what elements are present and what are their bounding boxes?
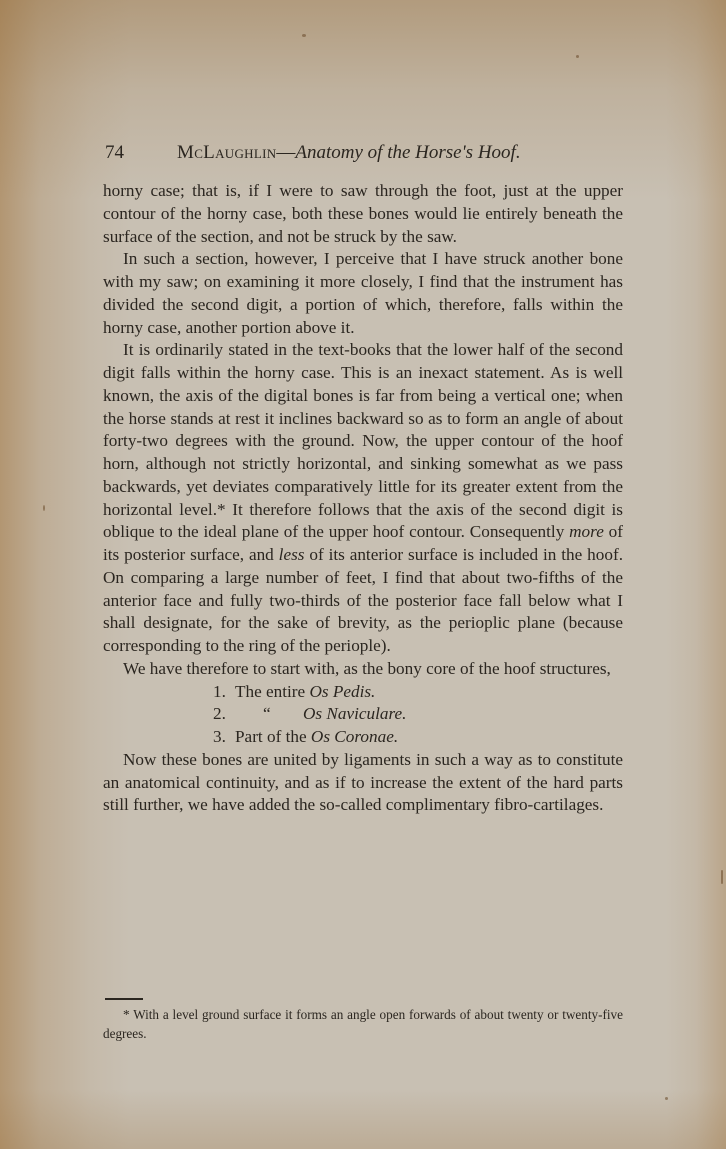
footnote: * With a level ground surface it forms a…	[103, 1005, 623, 1043]
paragraph-section: In such a section, however, I perceive t…	[103, 248, 623, 339]
paper-speck	[43, 505, 45, 511]
paper-speck	[302, 34, 306, 37]
bone-term: Os Naviculare.	[303, 704, 406, 723]
work-title: Anatomy of the Horse's Hoof.	[295, 142, 520, 163]
paper-speck	[665, 1097, 668, 1100]
list-item: 2.“Os Naviculare.	[103, 703, 623, 726]
paper-speck	[576, 55, 579, 58]
list-number: 3.	[213, 726, 235, 749]
ditto-mark: “	[235, 703, 303, 726]
paragraph-bony-core: We have therefore to start with, as the …	[103, 658, 623, 681]
emphasis-more: more	[569, 522, 604, 541]
bone-term: Os Coronae.	[311, 727, 398, 746]
footnote-rule	[105, 998, 143, 1000]
list-number: 1.	[213, 681, 235, 704]
body-text: horny case; that is, if I were to saw th…	[103, 180, 623, 817]
list-prefix: The entire	[235, 682, 309, 701]
list-item: 3.Part of the Os Coronae.	[103, 726, 623, 749]
paragraph-axis: It is ordinarily stated in the text-book…	[103, 339, 623, 658]
paragraph-axis-part-a: It is ordinarily stated in the text-book…	[103, 340, 623, 541]
book-page: 74 McLaughlin—Anatomy of the Horse's Hoo…	[0, 0, 726, 1149]
list-prefix: Part of the	[235, 727, 311, 746]
footnote-text: * With a level ground surface it forms a…	[103, 1005, 623, 1043]
bone-term: Os Pedis.	[309, 682, 375, 701]
list-number: 2.	[213, 703, 235, 726]
paragraph-continued: horny case; that is, if I were to saw th…	[103, 180, 623, 248]
running-title: McLaughlin—Anatomy of the Horse's Hoof.	[177, 140, 521, 166]
list-item: 1.The entire Os Pedis.	[103, 681, 623, 704]
paper-speck	[721, 870, 723, 884]
title-separator: —	[276, 142, 295, 163]
emphasis-less: less	[279, 545, 305, 564]
bone-list: 1.The entire Os Pedis. 2.“Os Naviculare.…	[103, 681, 623, 749]
author-name: McLaughlin	[177, 142, 276, 163]
paragraph-ligaments: Now these bones are united by ligaments …	[103, 749, 623, 817]
page-number: 74	[105, 140, 124, 166]
running-head: 74 McLaughlin—Anatomy of the Horse's Hoo…	[103, 140, 623, 166]
